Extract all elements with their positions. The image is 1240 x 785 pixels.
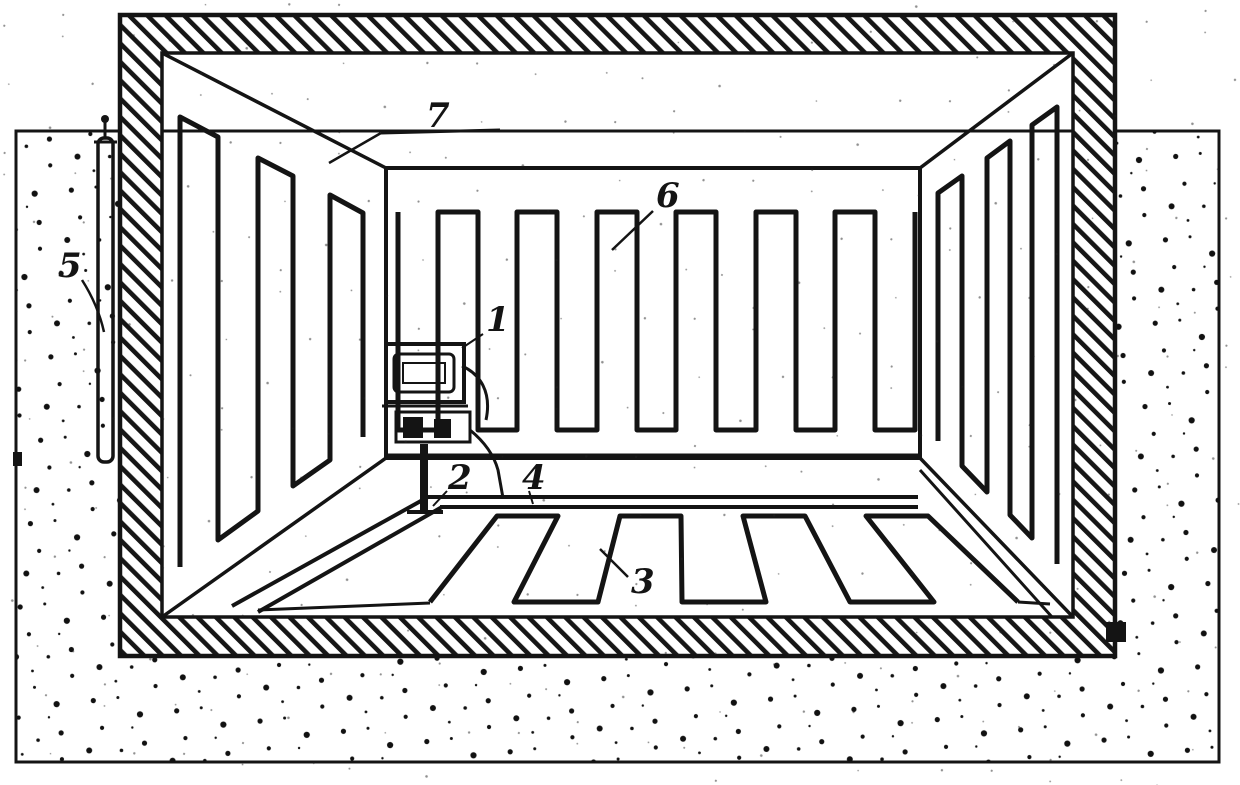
patent-figure: 7 6 1 2 4 3 5 [0, 0, 1240, 785]
patent-figure-page: 7 6 1 2 4 3 5 [0, 0, 1240, 785]
scan-noise-overlay [0, 0, 1240, 785]
